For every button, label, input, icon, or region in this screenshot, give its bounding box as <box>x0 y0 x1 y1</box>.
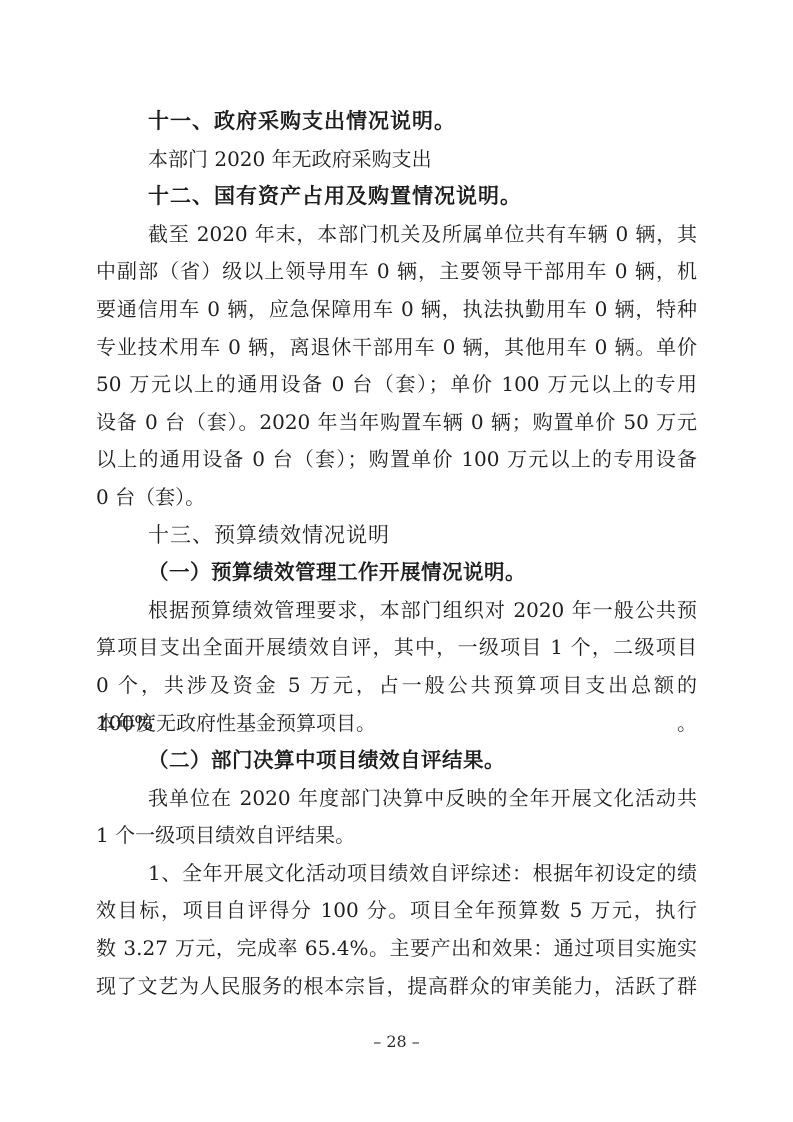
paragraph-line: 我单位在 2020 年度部门决算中反映的全年开展文化活动共 <box>96 780 697 818</box>
paragraph-line: 数 3.27 万元，完成率 65.4%。主要产出和效果：通过项目实施实 <box>96 930 697 968</box>
paragraph-line: 中副部（省）级以上领导用车 0 辆，主要领导干部用车 0 辆，机 <box>96 253 697 291</box>
paragraph-line: 现了文艺为人民服务的根本宗旨，提高群众的审美能力，活跃了群 <box>96 968 697 1006</box>
paragraph-line: 0 台（套）。 <box>96 479 697 517</box>
paragraph-line: 50 万元以上的通用设备 0 台（套）；单价 100 万元以上的专用 <box>96 366 697 404</box>
paragraph-line: 效目标，项目自评得分 100 分。项目全年预算数 5 万元，执行 <box>96 892 697 930</box>
subsection-heading-1: （一）预算绩效管理工作开展情况说明。 <box>96 554 697 592</box>
paragraph-line: 0 个，共涉及资金 5 万元，占一般公共预算项目支出总额的 100%。 <box>96 667 697 705</box>
paragraph-line: 设备 0 台（套）。2020 年当年购置车辆 0 辆；购置单价 50 万元 <box>96 404 697 442</box>
page-number: – 28 – <box>0 1030 793 1054</box>
paragraph-line: 1 个一级项目绩效自评结果。 <box>96 817 697 855</box>
section-heading-12: 十二、国有资产占用及购置情况说明。 <box>96 178 697 216</box>
subsection-heading-2: （二）部门决算中项目绩效自评结果。 <box>96 742 697 780</box>
paragraph-line: 以上的通用设备 0 台（套）；购置单价 100 万元以上的专用设备 <box>96 441 697 479</box>
document-body: 十一、政府采购支出情况说明。 本部门 2020 年无政府采购支出 十二、国有资产… <box>96 103 697 1005</box>
paragraph-line: 截至 2020 年末，本部门机关及所属单位共有车辆 0 辆，其 <box>96 216 697 254</box>
section-heading-13: 十三、预算绩效情况说明 <box>96 517 697 555</box>
paragraph-line: 根据预算绩效管理要求，本部门组织对 2020 年一般公共预 <box>96 592 697 630</box>
paragraph-line: 本部门 2020 年无政府采购支出 <box>96 141 697 179</box>
paragraph-line: 专业技术用车 0 辆，离退休干部用车 0 辆，其他用车 0 辆。单价 <box>96 329 697 367</box>
section-heading-11: 十一、政府采购支出情况说明。 <box>96 103 697 141</box>
document-page: 十一、政府采购支出情况说明。 本部门 2020 年无政府采购支出 十二、国有资产… <box>0 0 793 1122</box>
paragraph-line: 1、全年开展文化活动项目绩效自评综述：根据年初设定的绩 <box>96 855 697 893</box>
paragraph-line: 要通信用车 0 辆，应急保障用车 0 辆，执法执勤用车 0 辆，特种 <box>96 291 697 329</box>
paragraph-line: 算项目支出全面开展绩效自评，其中，一级项目 1 个，二级项目 <box>96 629 697 667</box>
